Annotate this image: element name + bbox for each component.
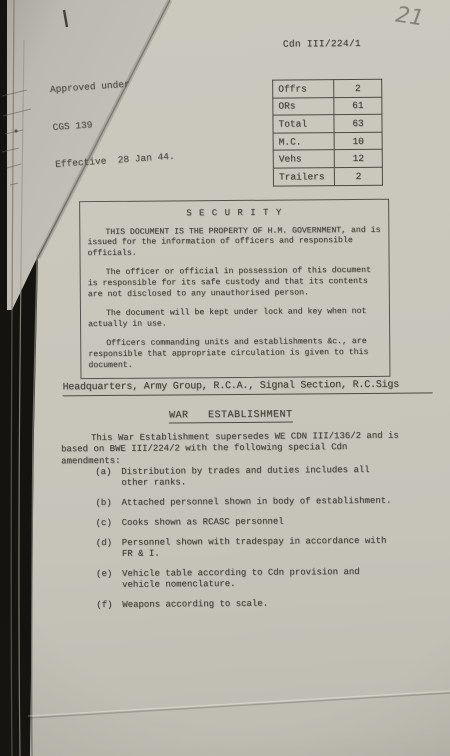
table-row: Trailers 2 (273, 167, 382, 185)
handwritten-page-number: 21 (394, 3, 425, 32)
row-label: Trailers (273, 168, 334, 186)
security-paragraph: THIS DOCUMENT IS THE PROPERTY OF H.M. GO… (87, 225, 381, 259)
document-photo: Cdn III/224/1 21 Approved under CGS 139 … (0, 0, 450, 756)
security-paragraph: The document will be kept under lock and… (88, 307, 382, 330)
row-value: 61 (334, 97, 382, 115)
amendment-label: (a) (95, 467, 111, 478)
war-establishment-heading-text: WAR ESTABLISHMENT (169, 410, 293, 424)
strength-summary-table: Offrs 2 ORs 61 Total 63 M.C. 10 Vehs 1 (272, 79, 383, 186)
amendment-item: (a) Distribution by trades and duties in… (95, 465, 397, 490)
table-row: ORs 61 (273, 97, 382, 115)
amendment-text: Cooks shown as RCASC personnel (122, 516, 284, 527)
stamp-line: Effective 28 Jan 44. (55, 151, 175, 172)
security-paragraph: Officers commanding units and establishm… (88, 337, 382, 371)
unit-heading: Headquarters, Army Group, R.C.A., Signal… (63, 379, 433, 396)
row-value: 10 (334, 132, 382, 150)
table-row: Offrs 2 (273, 79, 382, 97)
amendment-item: (f) Weapons according to scale. (96, 598, 398, 612)
amendment-label: (f) (96, 600, 112, 611)
amendment-text: Vehicle table according to Cdn provision… (122, 567, 360, 590)
row-label: Offrs (273, 80, 334, 98)
stamp-line: CGS 139 (52, 113, 172, 134)
approval-stamp: Approved under CGS 139 Effective 28 Jan … (48, 51, 177, 196)
row-value: 2 (334, 79, 382, 97)
stamp-line: Approved under (50, 76, 170, 97)
amendment-label: (b) (95, 498, 111, 509)
amendment-item: (e) Vehicle table according to Cdn provi… (96, 566, 398, 591)
amendment-item: (c) Cooks shown as RCASC personnel (96, 516, 398, 530)
amendment-text: Distribution by trades and duties includ… (121, 465, 370, 488)
war-establishment-heading: WAR ESTABLISHMENT (61, 409, 401, 425)
document-reference: Cdn III/224/1 (283, 38, 361, 50)
amendment-item: (d) Personnel shown with tradespay in ac… (96, 535, 398, 560)
amendment-text: Personnel shown with tradespay in accord… (122, 535, 387, 558)
row-label: ORs (273, 97, 334, 115)
amendment-text: Weapons according to scale. (122, 599, 268, 610)
row-label: Vehs (273, 150, 334, 168)
row-value: 12 (334, 150, 382, 168)
row-value: 63 (334, 114, 382, 132)
row-label: M.C. (273, 132, 334, 150)
amendment-item: (b) Attached personnel shown in body of … (95, 496, 397, 510)
amendment-label: (c) (96, 518, 112, 529)
typed-content: Cdn III/224/1 21 Approved under CGS 139 … (0, 0, 450, 756)
row-value: 2 (334, 167, 382, 185)
table-row: M.C. 10 (273, 132, 382, 150)
security-paragraph: The officer or official in possession of… (88, 266, 382, 300)
amendment-label: (e) (96, 569, 112, 580)
security-notice-box: S E C U R I T Y THIS DOCUMENT IS THE PRO… (79, 199, 390, 380)
amendments-list: (a) Distribution by trades and duties in… (95, 465, 398, 620)
table-row: Total 63 (273, 114, 382, 132)
amendment-text: Attached personnel shown in body of esta… (121, 496, 391, 508)
row-label: Total (273, 115, 334, 133)
table-row: Vehs 12 (273, 150, 382, 168)
security-title: S E C U R I T Y (87, 207, 381, 220)
amendment-label: (d) (96, 538, 112, 549)
intro-paragraph: This War Establishment supersedes WE CDN… (61, 431, 401, 468)
